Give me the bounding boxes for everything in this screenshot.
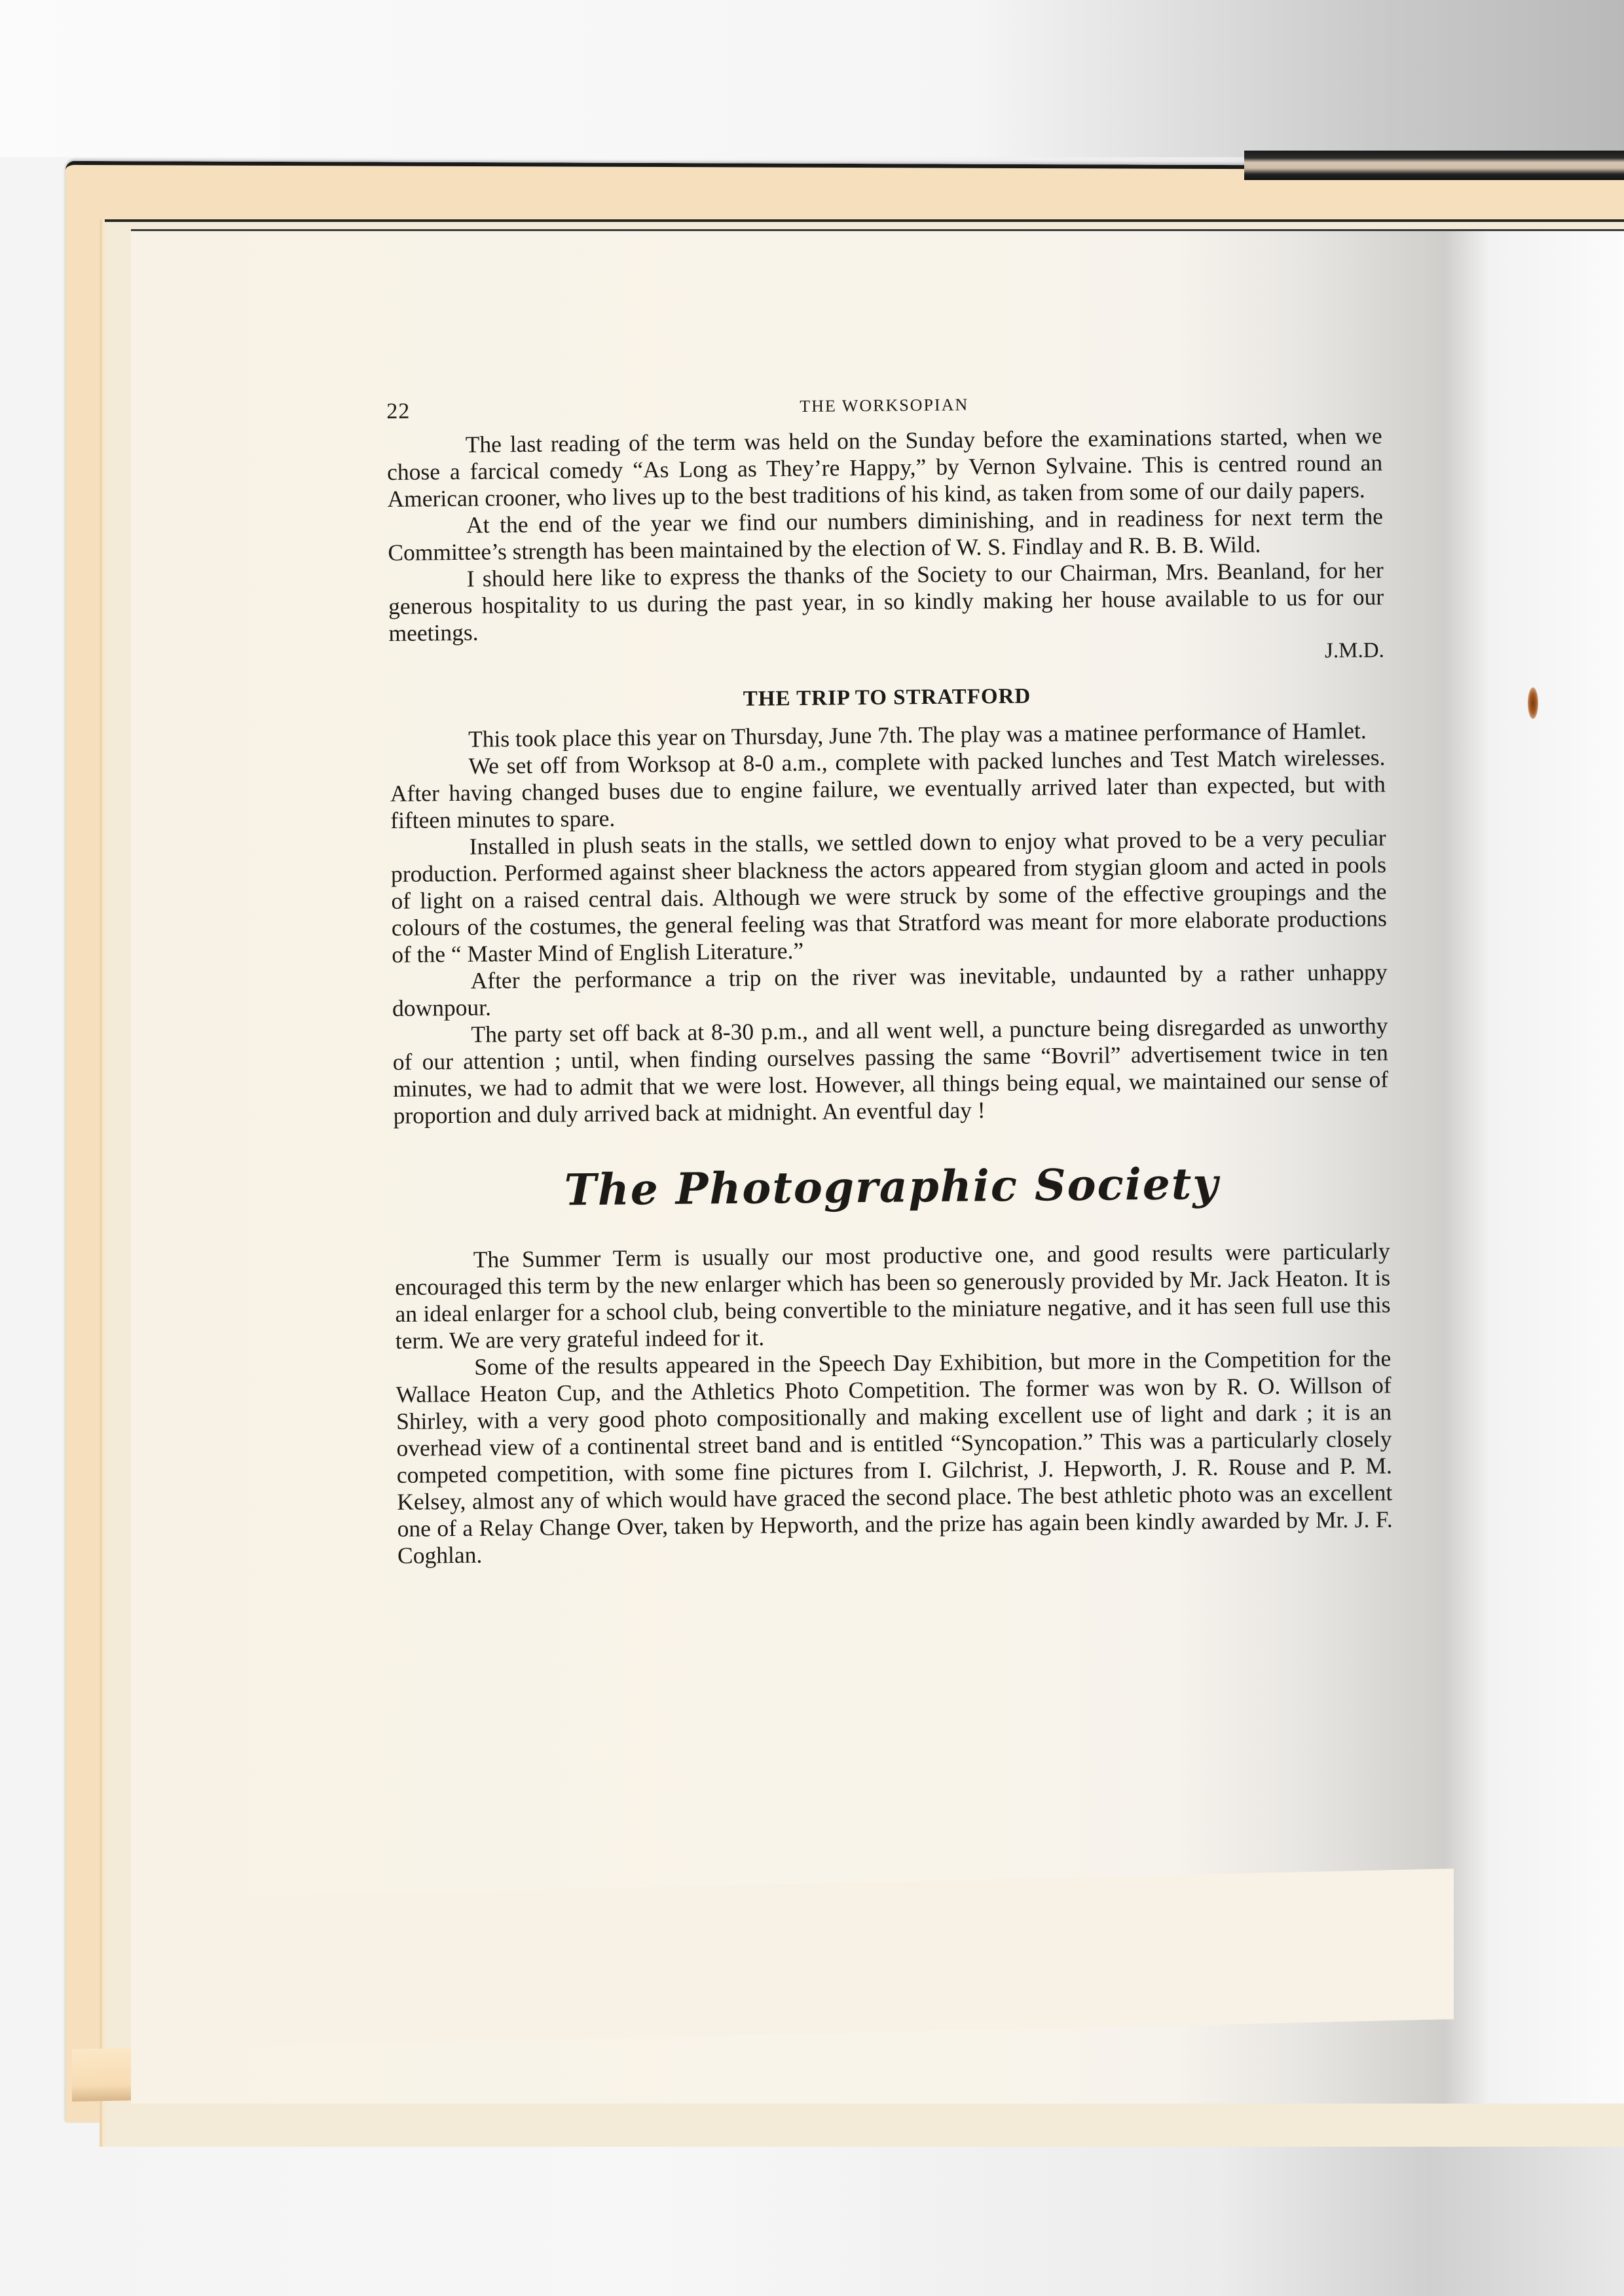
stratford-trip-section: THE TRIP TO STRATFORD This took place th… xyxy=(389,681,1388,1129)
foxing-stain xyxy=(1528,687,1538,719)
scanner-background xyxy=(0,0,1624,157)
paragraph: I should here like to express the thanks… xyxy=(388,556,1384,647)
paragraph: The party set off back at 8-30 p.m., and… xyxy=(392,1012,1389,1129)
paragraph: After the performance a trip on the rive… xyxy=(392,958,1388,1022)
paragraph: Some of the results appeared in the Spee… xyxy=(396,1345,1393,1569)
book-spine-edge xyxy=(1244,151,1624,180)
paragraph: We set off from Worksop at 8-0 a.m., com… xyxy=(390,744,1386,834)
section-heading: THE TRIP TO STRATFORD xyxy=(389,681,1384,715)
page-content: 22 THE WORKSOPIAN The last reading of th… xyxy=(386,383,1393,1569)
section-title: The Photographic Society xyxy=(394,1156,1390,1217)
paragraph: The Summer Term is usually our most prod… xyxy=(395,1237,1392,1355)
reading-society-section: The last reading of the term was held on… xyxy=(387,422,1384,672)
paragraph: At the end of the year we find our numbe… xyxy=(388,503,1384,566)
journal-title: THE WORKSOPIAN xyxy=(386,391,1382,420)
paragraph: Installed in plush seats in the stalls, … xyxy=(390,824,1387,968)
page-bottom-margin xyxy=(131,1868,1454,2049)
paragraph: The last reading of the term was held on… xyxy=(387,422,1383,513)
photographic-society-section: The Photographic Society The Summer Term… xyxy=(394,1156,1393,1569)
